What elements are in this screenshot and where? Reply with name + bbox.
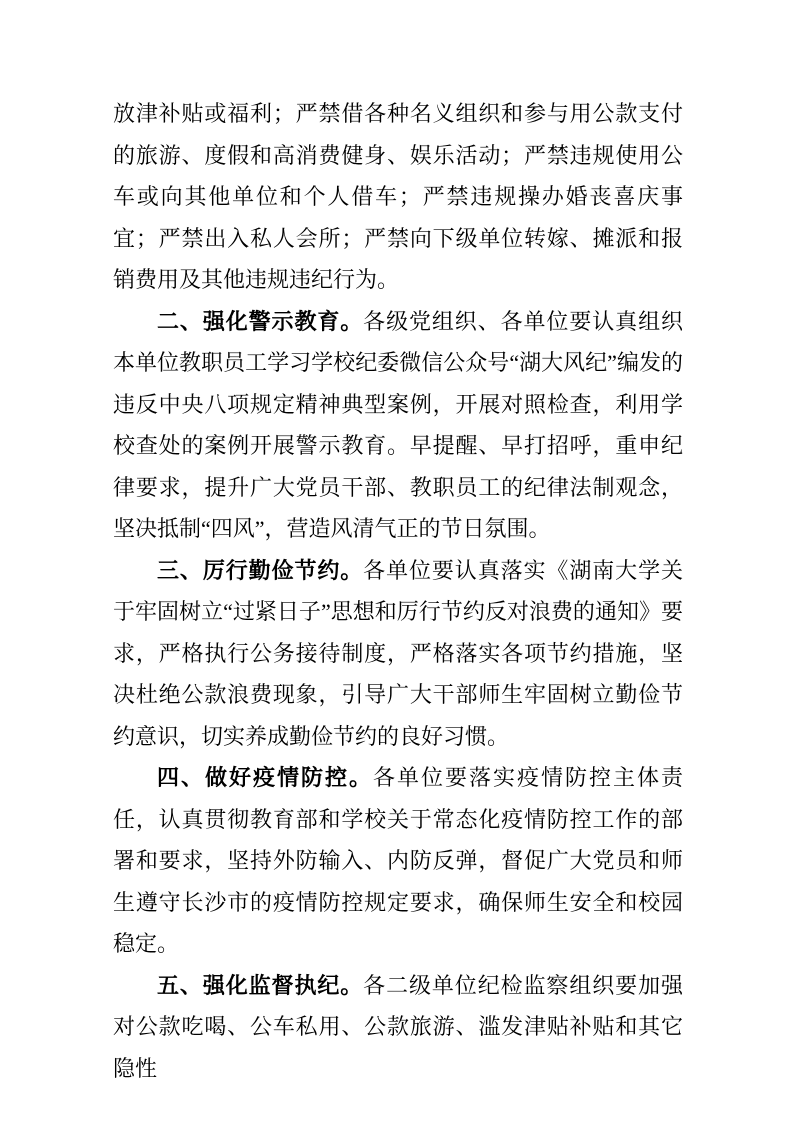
document-body: 放津补贴或福利；严禁借各种名义组织和参与用公款支付的旅游、度假和高消费健身、娱乐…	[113, 93, 683, 1089]
paragraph-section-2: 二、强化警示教育。各级党组织、各单位要认真组织本单位教职员工学习学校纪委微信公众…	[113, 301, 683, 550]
section-heading-5: 五、强化监督执纪。	[157, 973, 363, 998]
paragraph-section-3: 三、厉行勤俭节约。各单位要认真落实《湖南大学关于牢固树立“过紧日子”思想和厉行节…	[113, 550, 683, 758]
paragraph-text: 各级党组织、各单位要认真组织本单位教职员工学习学校纪委微信公众号“湖大风纪”编发…	[113, 309, 683, 542]
paragraph-text: 各单位要认真落实《湖南大学关于牢固树立“过紧日子”思想和厉行节约反对浪费的通知》…	[113, 558, 683, 749]
section-heading-4: 四、做好疫情防控。	[157, 765, 373, 790]
section-heading-3: 三、厉行勤俭节约。	[157, 558, 363, 583]
paragraph-section-5: 五、强化监督执纪。各二级单位纪检监察组织要加强对公款吃喝、公车私用、公款旅游、滥…	[113, 965, 683, 1090]
paragraph-text: 各单位要落实疫情防控主体责任，认真贯彻教育部和学校关于常态化疫情防控工作的部署和…	[113, 765, 683, 956]
section-heading-2: 二、强化警示教育。	[157, 309, 363, 334]
paragraph-section-4: 四、做好疫情防控。各单位要落实疫情防控主体责任，认真贯彻教育部和学校关于常态化疫…	[113, 757, 683, 965]
document-page: 放津补贴或福利；严禁借各种名义组织和参与用公款支付的旅游、度假和高消费健身、娱乐…	[0, 0, 794, 1123]
paragraph-continuation: 放津补贴或福利；严禁借各种名义组织和参与用公款支付的旅游、度假和高消费健身、娱乐…	[113, 93, 683, 301]
paragraph-text: 放津补贴或福利；严禁借各种名义组织和参与用公款支付的旅游、度假和高消费健身、娱乐…	[113, 101, 683, 292]
